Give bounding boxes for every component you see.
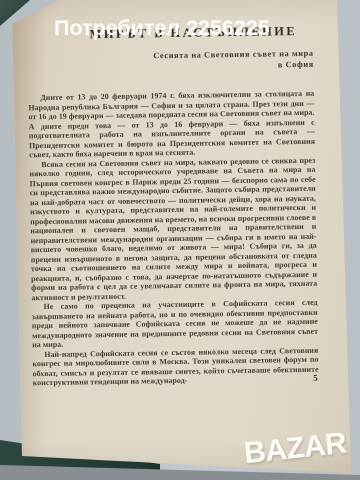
body-paragraph: Дните от 13 до 20 февруари 1974 г. бяха … bbox=[28, 89, 315, 160]
page-number: 5 bbox=[313, 374, 318, 384]
body-paragraph: Най-напред Софийската сесия се състоя ня… bbox=[32, 345, 319, 387]
body-text: Дните от 13 до 20 февруари 1974 г. бяха … bbox=[28, 89, 319, 388]
page-content: МИРЪТ В НАСТЪПЛЕНИЕ Сесията на Световния… bbox=[27, 24, 319, 388]
body-paragraph: Всяка сесия на Световния съвет на мира, … bbox=[29, 155, 317, 302]
marketplace-username-overlay: Потребител 2256225 bbox=[54, 16, 270, 41]
photo-of-book-page: МИРЪТ В НАСТЪПЛЕНИЕ Сесията на Световния… bbox=[0, 0, 360, 480]
body-paragraph: Не само по преценка на участниците в Соф… bbox=[31, 298, 318, 350]
book-page: МИРЪТ В НАСТЪПЛЕНИЕ Сесията на Световния… bbox=[0, 0, 360, 480]
page-subtitle: Сесията на Световния съвет на мира в Соф… bbox=[28, 48, 314, 74]
